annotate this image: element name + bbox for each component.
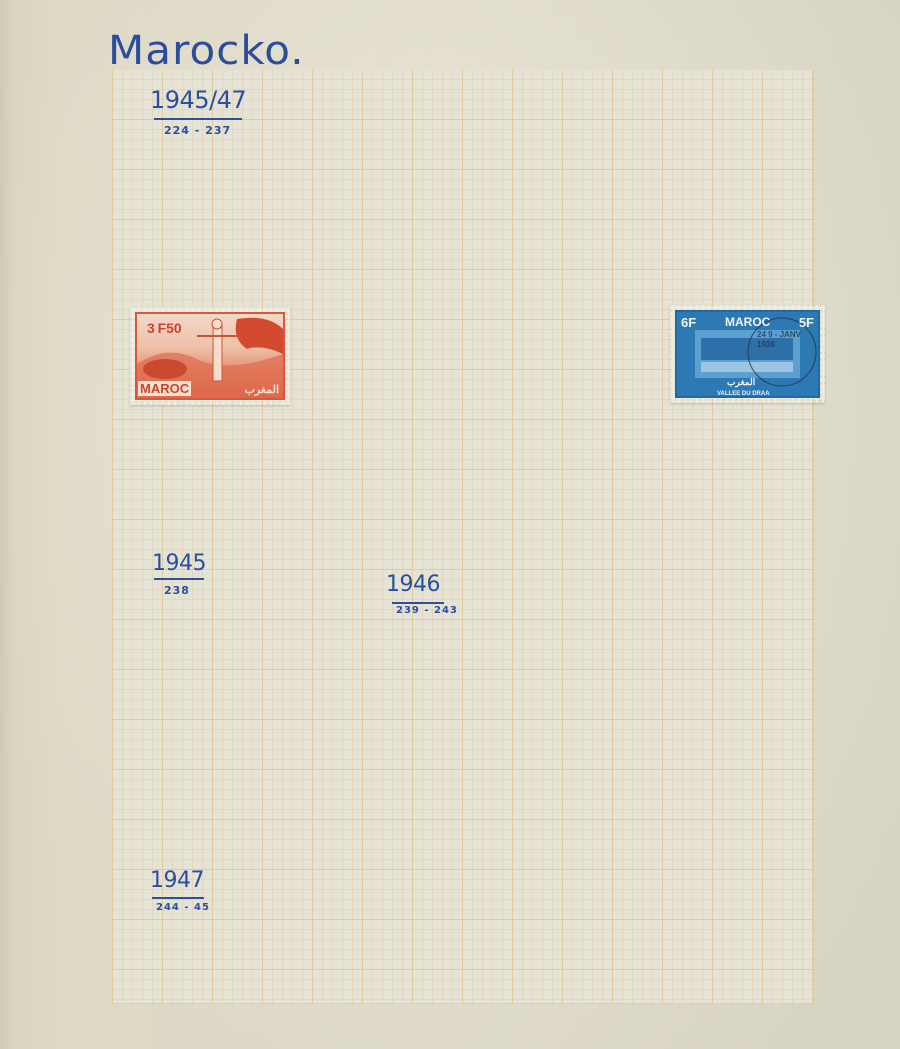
stamp-arabic-text: المغرب <box>245 383 280 396</box>
section-catalogue-238: 238 <box>164 584 190 597</box>
section-catalogue-244-45: 244 - 45 <box>156 902 210 913</box>
section-divider <box>152 897 204 899</box>
stamp-caption: VALLEE DU DRAA <box>717 391 770 397</box>
stamp-maroc-3f50-red: 3 F50 MAROC المغرب <box>130 307 290 405</box>
graph-paper-grid <box>112 70 814 1004</box>
section-catalogue-239-243: 239 - 243 <box>396 605 458 616</box>
page-title: Marocko. <box>108 28 305 74</box>
stamp-value-left: 6F <box>681 315 696 330</box>
section-divider <box>392 602 444 604</box>
stamp-value: 3 F50 <box>147 320 182 336</box>
section-year-1946: 1946 <box>386 572 440 597</box>
stamp-country: MAROC <box>138 381 191 396</box>
stamp-arabic-text: المغرب <box>727 377 755 388</box>
section-year-1945: 1945 <box>152 551 206 576</box>
section-year-1947: 1947 <box>150 868 204 893</box>
stamp-country: MAROC <box>725 315 770 329</box>
section-divider <box>154 118 242 120</box>
section-year-1945-47: 1945/47 <box>150 86 246 114</box>
stamp-value-right: 5F <box>799 315 814 330</box>
section-divider <box>154 578 204 580</box>
section-catalogue-224-237: 224 - 237 <box>164 124 231 137</box>
stamp-postmark: 24 9 - JANV 1938 <box>757 330 807 350</box>
stamp-maroc-vallee-du-draa-blue: 6F 5F MAROC المغرب VALLEE DU DRAA 24 9 -… <box>670 305 825 403</box>
